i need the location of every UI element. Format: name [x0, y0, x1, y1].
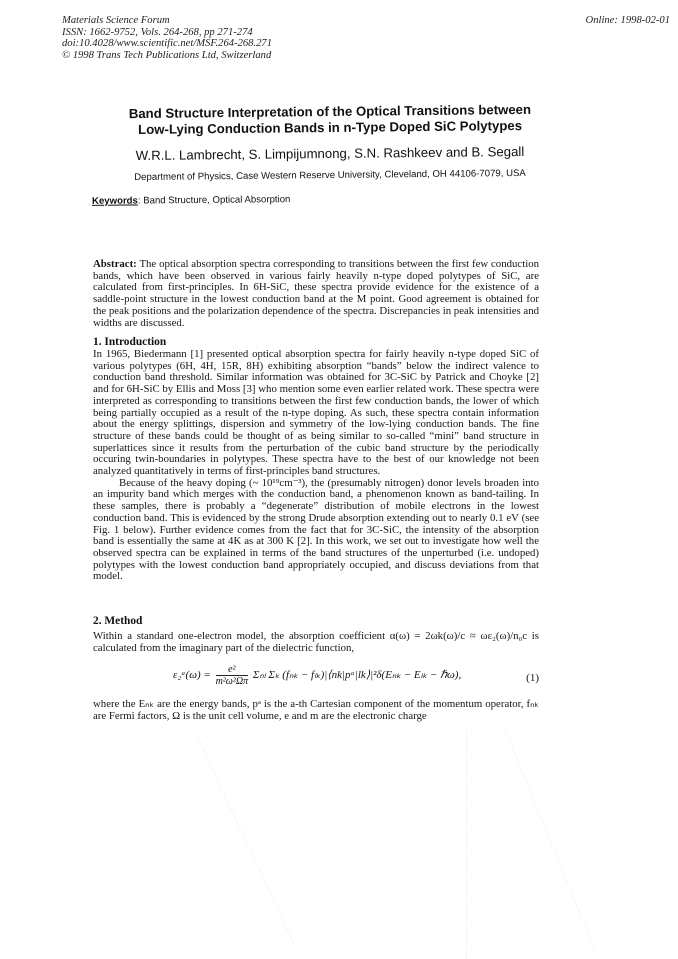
- issn-line: ISSN: 1662-9752, Vols. 264-268, pp 271-2…: [62, 27, 272, 39]
- paper-title: Band Structure Interpretation of the Opt…: [90, 101, 570, 138]
- keywords: Keywords: Band Structure, Optical Absorp…: [92, 194, 290, 207]
- intro-paragraph-1: In 1965, Biedermann [1] presented optica…: [93, 349, 539, 478]
- abstract: Abstract: The optical absorption spectra…: [93, 259, 539, 329]
- intro-paragraph-2: Because of the heavy doping (~ 10¹⁹cm⁻³)…: [93, 478, 539, 583]
- journal-name: Materials Science Forum: [62, 15, 272, 27]
- abstract-label: Abstract:: [93, 258, 137, 270]
- abstract-text: The optical absorption spectra correspon…: [93, 258, 539, 329]
- doi-line: doi:10.4028/www.scientific.net/MSF.264-2…: [62, 38, 272, 50]
- journal-header: Materials Science Forum ISSN: 1662-9752,…: [62, 15, 272, 61]
- method-paragraph-1: Within a standard one-electron model, th…: [93, 631, 539, 654]
- equation-1: ε₂ᵃ(ω) = e² m²ω²Ωπ Σₙₗ Σₖ (fₙₖ − fₗₖ)|⟨n…: [93, 664, 543, 690]
- fraction-denominator: m²ω²Ωπ: [216, 676, 249, 687]
- method-paragraph-2: where the Eₙₖ are the energy bands, pᵃ i…: [93, 699, 539, 722]
- keywords-label: Keywords: [92, 195, 138, 206]
- equation-number: (1): [526, 672, 539, 684]
- equation-fraction: e² m²ω²Ωπ: [216, 664, 249, 687]
- copyright-line: © 1998 Trans Tech Publications Ltd, Swit…: [62, 50, 272, 62]
- scan-artifact-line: [466, 730, 467, 959]
- authors: W.R.L. Lambrecht, S. Limpijumnong, S.N. …: [90, 143, 570, 163]
- section-heading-method: 2. Method: [93, 615, 142, 627]
- equation-lhs: ε₂ᵃ(ω) =: [173, 669, 211, 681]
- fraction-numerator: e²: [216, 664, 249, 676]
- equation-rhs: Σₙₗ Σₖ (fₙₖ − fₗₖ)|⟨nk|pᵃ|lk⟩|²δ(Eₙₖ − E…: [253, 669, 461, 681]
- online-date: Online: 1998-02-01: [586, 15, 670, 27]
- introduction-body: In 1965, Biedermann [1] presented optica…: [93, 349, 539, 583]
- scan-artifact-line: [196, 735, 294, 944]
- equation-body: ε₂ᵃ(ω) = e² m²ω²Ωπ Σₙₗ Σₖ (fₙₖ − fₗₖ)|⟨n…: [173, 664, 461, 687]
- section-heading-introduction: 1. Introduction: [93, 336, 166, 348]
- keywords-value: : Band Structure, Optical Absorption: [138, 194, 291, 206]
- scan-artifact-line: [505, 730, 596, 953]
- affiliation: Department of Physics, Case Western Rese…: [80, 167, 580, 183]
